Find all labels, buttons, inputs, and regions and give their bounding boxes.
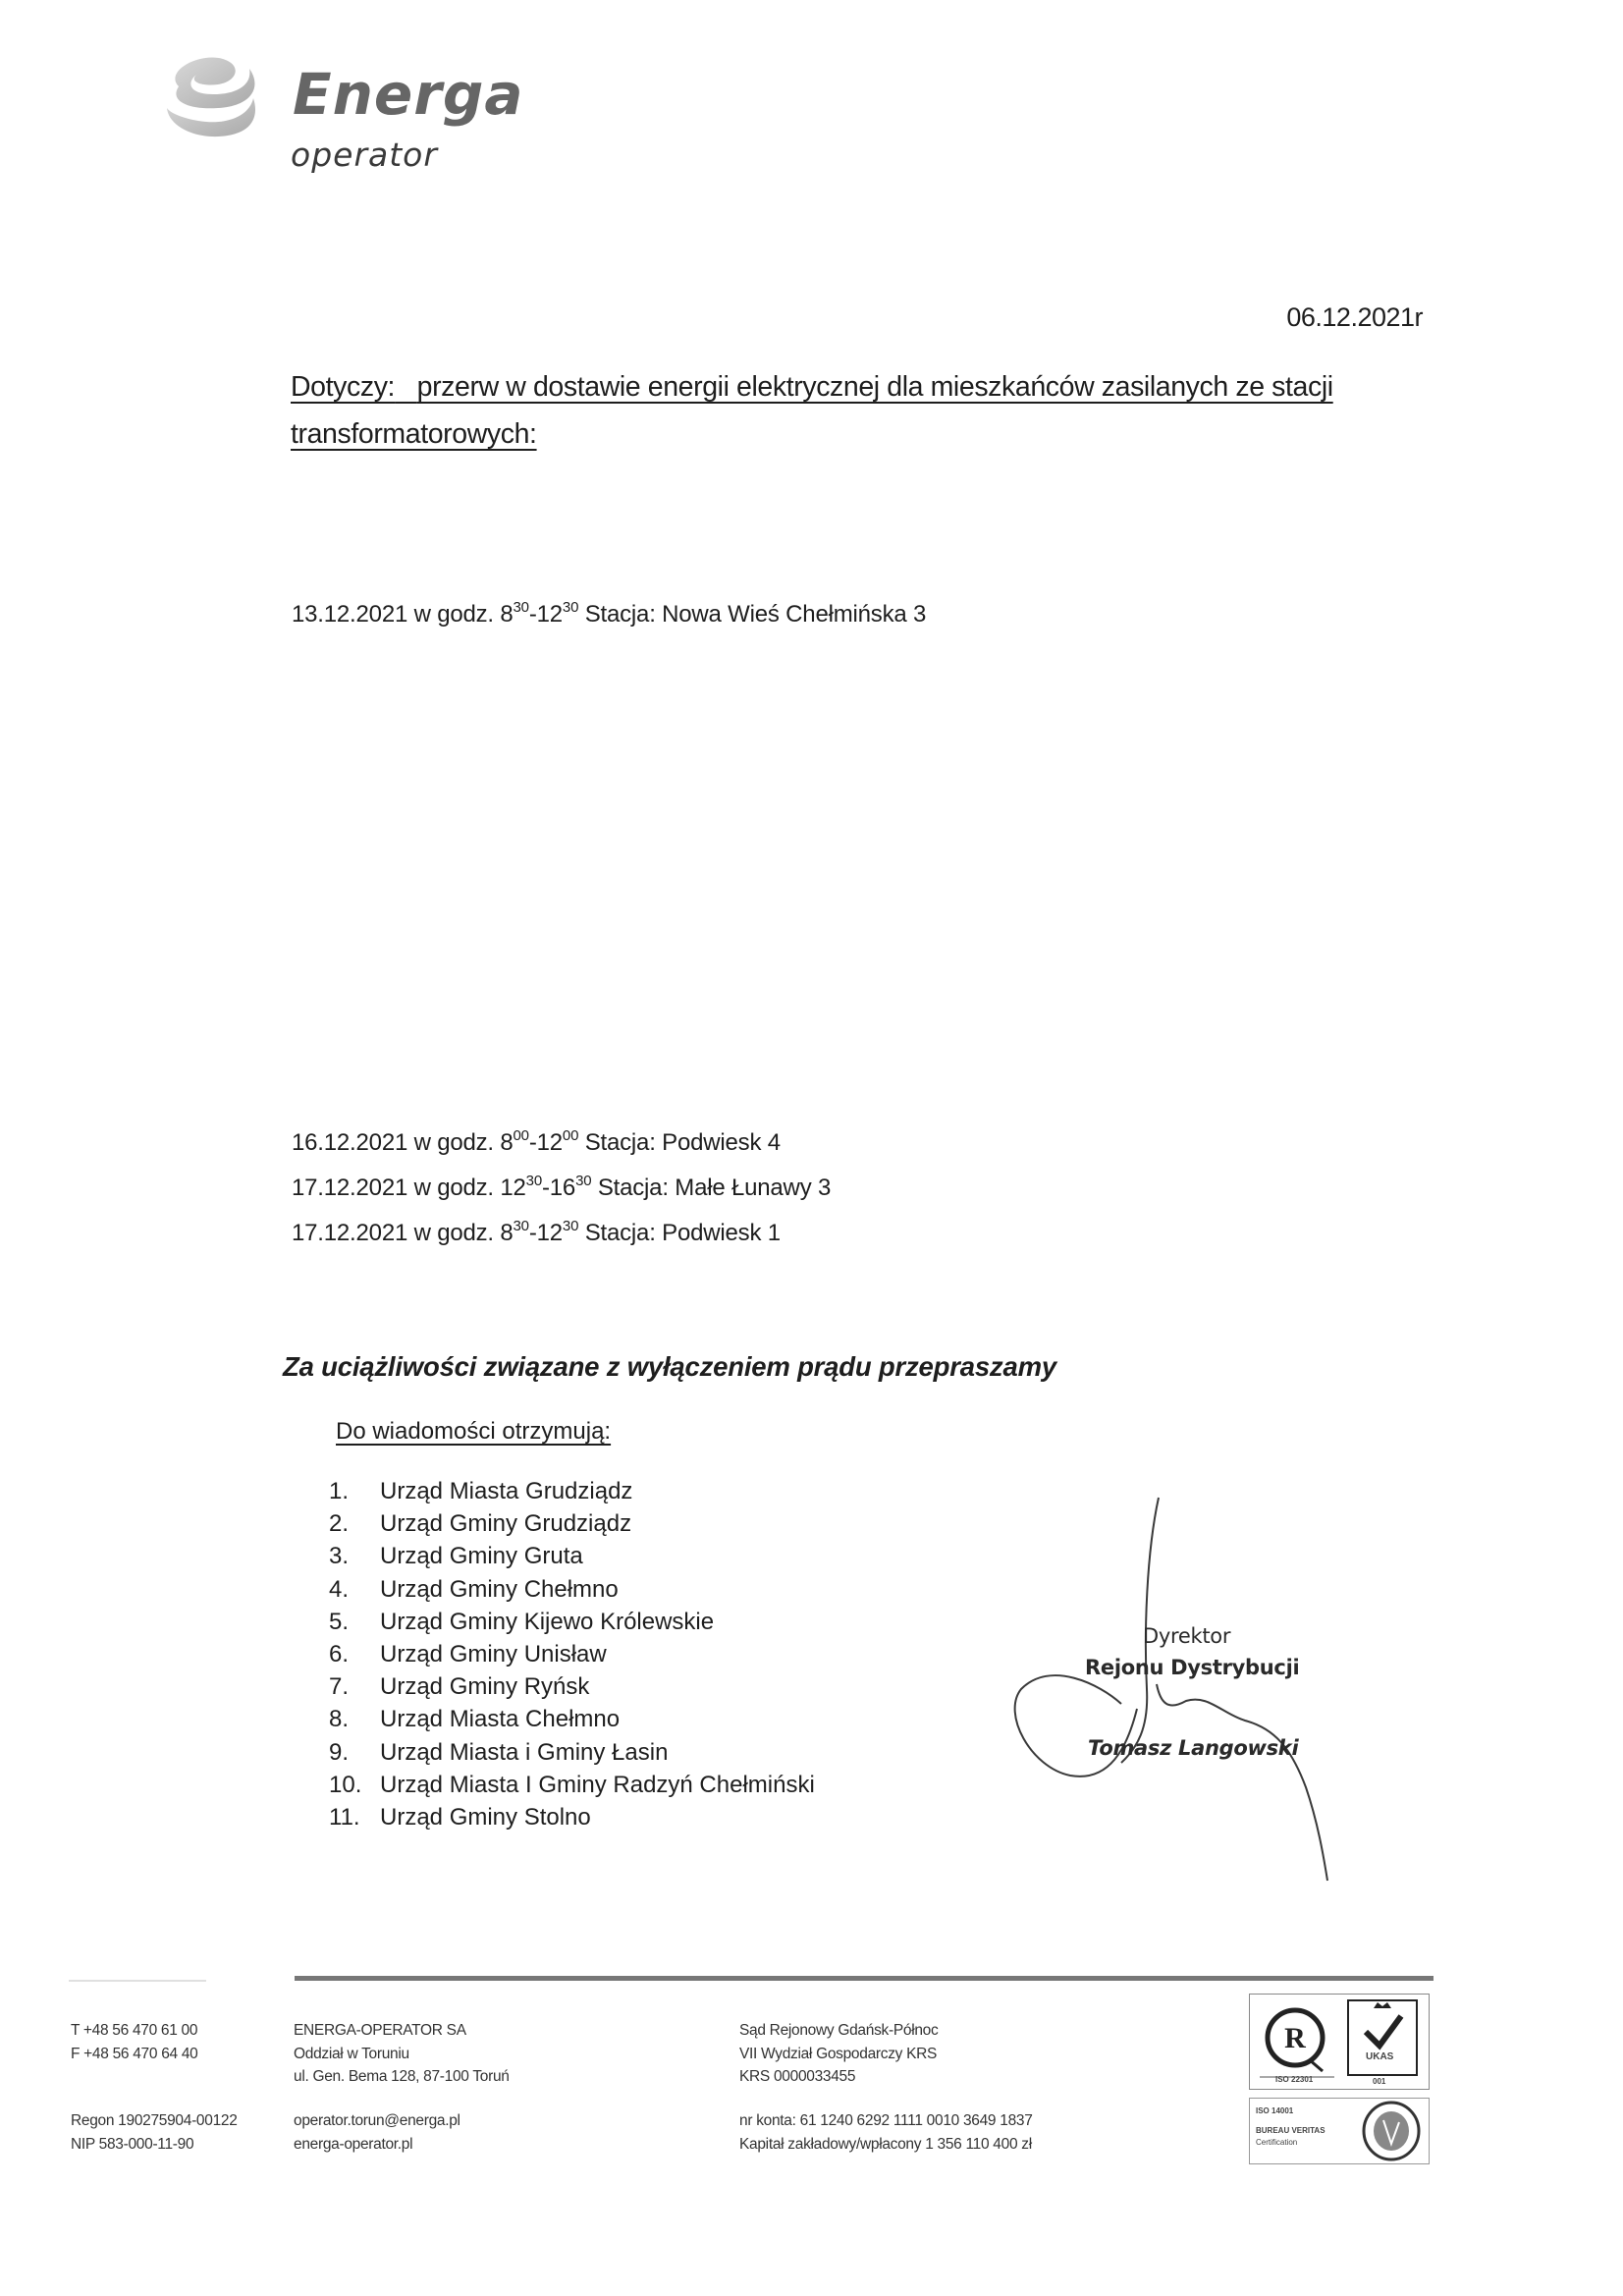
footer-company: ENERGA-OPERATOR SA Oddział w Toruniu ul.… xyxy=(294,2019,510,2089)
footer-court-name: Sąd Rejonowy Gdańsk-Północ xyxy=(739,2019,938,2043)
list-item: 6.Urząd Gminy Unisław xyxy=(329,1638,815,1670)
logo-subbrand: operator xyxy=(291,136,438,174)
list-item: 11.Urząd Gminy Stolno xyxy=(329,1801,815,1833)
station-name: Małe Łunawy 3 xyxy=(675,1175,831,1201)
footer-finance: nr konta: 61 1240 6292 1111 0010 3649 18… xyxy=(739,2109,1033,2156)
bureau-veritas-seal-icon xyxy=(1360,2101,1423,2161)
list-item: 10.Urząd Miasta I Gminy Radzyń Chełmińsk… xyxy=(329,1769,815,1801)
outage-entry: 13.12.2021 w godz. 830-1230 Stacja: Nowa… xyxy=(292,601,926,629)
handwritten-signature-icon xyxy=(1011,1493,1384,1905)
footer-court: Sąd Rejonowy Gdańsk-Północ VII Wydział G… xyxy=(739,2019,938,2089)
footer-divider-left xyxy=(69,1980,206,1982)
footer-fax: F +48 56 470 64 40 xyxy=(71,2043,197,2066)
footer-regon: Regon 190275904-00122 xyxy=(71,2109,238,2133)
letter-subject: Dotyczy: przerw w dostawie energii elekt… xyxy=(291,363,1449,458)
list-item: 8.Urząd Miasta Chełmno xyxy=(329,1703,815,1735)
footer-court-division: VII Wydział Gospodarczy KRS xyxy=(739,2043,938,2066)
footer-nip: NIP 583-000-11-90 xyxy=(71,2133,238,2157)
recipients-heading: Do wiadomości otrzymują: xyxy=(336,1418,611,1446)
footer-capital: Kapitał zakładowy/wpłacony 1 356 110 400… xyxy=(739,2133,1033,2157)
recipients-list: 1.Urząd Miasta Grudziądz 2.Urząd Gminy G… xyxy=(329,1475,815,1833)
outage-entry: 16.12.2021 w godz. 800-1200 Stacja: Podw… xyxy=(292,1129,781,1157)
footer-divider xyxy=(295,1976,1434,1981)
station-name: Nowa Wieś Chełmińska 3 xyxy=(662,601,926,628)
footer-branch: Oddział w Toruniu xyxy=(294,2043,510,2066)
list-item: 3.Urząd Gminy Gruta xyxy=(329,1540,815,1572)
list-item: 9.Urząd Miasta i Gminy Łasin xyxy=(329,1736,815,1769)
footer-contact: T +48 56 470 61 00 F +48 56 470 64 40 xyxy=(71,2019,197,2065)
list-item: 5.Urząd Gminy Kijewo Królewskie xyxy=(329,1606,815,1638)
outage-entry: 17.12.2021 w godz. 830-1230 Stacja: Podw… xyxy=(292,1220,781,1247)
footer-company-name: ENERGA-OPERATOR SA xyxy=(294,2019,510,2043)
footer-email-link[interactable]: operator.torun@energa.pl xyxy=(294,2109,460,2133)
subject-label: Dotyczy: xyxy=(291,371,395,403)
letter-date: 06.12.2021r xyxy=(1286,302,1423,333)
energa-swirl-logo-icon xyxy=(159,47,267,145)
footer-ids: Regon 190275904-00122 NIP 583-000-11-90 xyxy=(71,2109,238,2156)
outage-entry: 17.12.2021 w godz. 1230-1630 Stacja: Mał… xyxy=(292,1175,831,1202)
list-item: 4.Urząd Gminy Chełmno xyxy=(329,1573,815,1606)
list-item: 7.Urząd Gminy Ryńsk xyxy=(329,1670,815,1703)
signatory-name: Tomasz Langowski xyxy=(1088,1736,1298,1760)
list-item: 1.Urząd Miasta Grudziądz xyxy=(329,1475,815,1507)
footer-krs: KRS 0000033455 xyxy=(739,2065,938,2089)
list-item: 2.Urząd Gminy Grudziądz xyxy=(329,1507,815,1540)
footer-address: ul. Gen. Bema 128, 87-100 Toruń xyxy=(294,2065,510,2089)
subject-text: przerw w dostawie energii elektrycznej d… xyxy=(291,371,1333,450)
signatory-title: Dyrektor xyxy=(1143,1624,1230,1648)
certification-badge-bureau-veritas: ISO 14001 BUREAU VERITAS Certification xyxy=(1249,2098,1430,2164)
certification-badge-lloyds-ukas: R ISO 22301 UKAS 001 xyxy=(1249,1994,1430,2090)
logo-brand-name: Energa xyxy=(293,61,524,128)
footer-online: operator.torun@energa.pl energa-operator… xyxy=(294,2109,460,2156)
footer-website-link[interactable]: energa-operator.pl xyxy=(294,2133,460,2157)
svg-text:R: R xyxy=(1284,2022,1306,2054)
station-name: Podwiesk 4 xyxy=(662,1129,781,1156)
footer-phone: T +48 56 470 61 00 xyxy=(71,2019,197,2043)
apology-text: Za uciążliwości związane z wyłączeniem p… xyxy=(283,1351,1056,1383)
station-name: Podwiesk 1 xyxy=(662,1220,781,1246)
footer-account: nr konta: 61 1240 6292 1111 0010 3649 18… xyxy=(739,2109,1033,2133)
signatory-region: Rejonu Dystrybucji xyxy=(1085,1656,1299,1679)
